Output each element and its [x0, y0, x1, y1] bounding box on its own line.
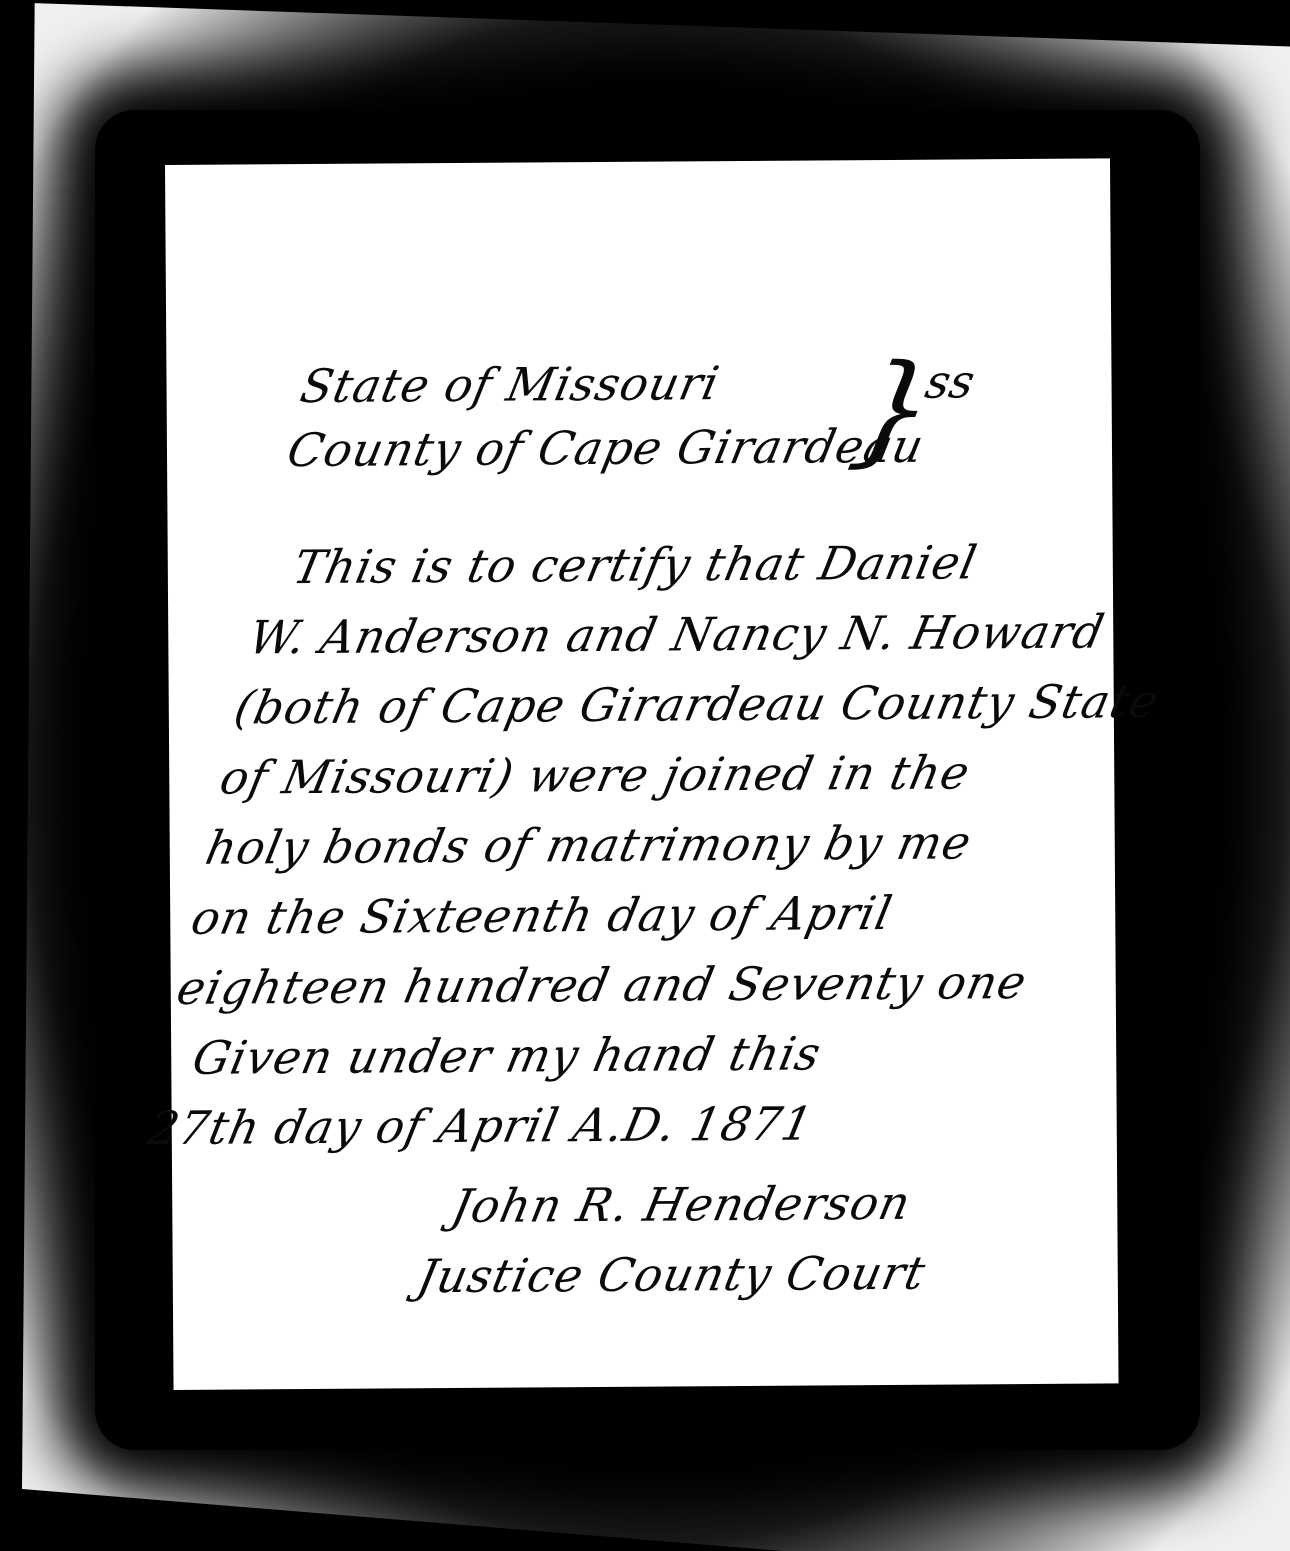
handwritten-text: State of Missouri County of Cape Girarde… [111, 348, 1208, 1314]
signature-block: John R. Henderson Justice County Court [111, 1167, 1040, 1313]
state-line: State of Missouri [295, 348, 1208, 418]
body-line: 27th day of April A.D. 1871 [142, 1087, 1056, 1163]
body-line: on the Sixteenth day of April [185, 876, 1099, 952]
body-line: This is to certify that Daniel [257, 526, 1171, 602]
body-line: of Missouri) were joined in the [214, 736, 1128, 812]
body-line: holy bonds of matrimony by me [200, 806, 1114, 882]
county-line: County of Cape Girardeau [282, 412, 1195, 482]
body-line: (both of Cape Girardeau County State [228, 666, 1142, 742]
body-line: Given under my hand this [156, 1017, 1070, 1093]
body-line: W. Anderson and Nancy N. Howard [243, 596, 1157, 672]
venue-heading: State of Missouri County of Cape Girarde… [282, 348, 1208, 482]
certificate-body: This is to certify that Daniel W. Anders… [142, 526, 1171, 1163]
certificate-page: State of Missouri County of Cape Girarde… [165, 158, 1119, 1390]
body-line: eighteen hundred and Seventy one [171, 947, 1085, 1023]
signature-title: Justice County Court [411, 1237, 1025, 1311]
signature-name: John R. Henderson [446, 1167, 1040, 1241]
